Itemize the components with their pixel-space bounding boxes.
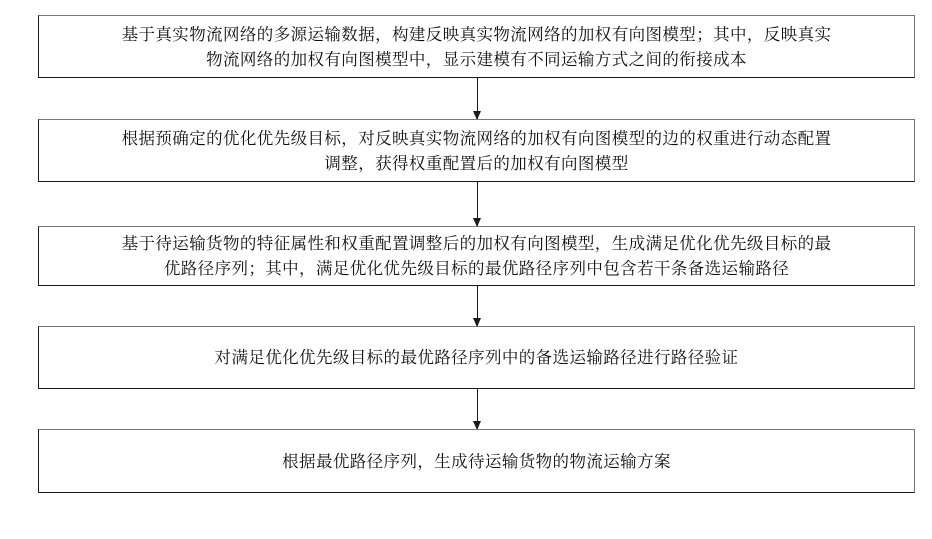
flow-step-3: 基于待运输货物的特征属性和权重配置调整后的加权有向图模型，生成满足优化优先级目标… [38,226,915,286]
arrow-step-1-to-2 [477,78,478,119]
step-1-text: 基于真实物流网络的多源运输数据，构建反映真实物流网络的加权有向图模型；其中，反映… [47,22,907,72]
flow-step-2: 根据预确定的优化优先级目标，对反映真实物流网络的加权有向图模型的边的权重进行动态… [38,119,915,182]
step-3-line-1: 基于待运输货物的特征属性和权重配置调整后的加权有向图模型，生成满足优化优先级目标… [47,231,907,256]
arrow-step-4-to-5 [477,389,478,429]
step-1-line-1: 基于真实物流网络的多源运输数据，构建反映真实物流网络的加权有向图模型；其中，反映… [47,22,907,47]
flow-step-5: 根据最优路径序列，生成待运输货物的物流运输方案 [38,429,915,493]
step-2-text: 根据预确定的优化优先级目标，对反映真实物流网络的加权有向图模型的边的权重进行动态… [47,126,907,176]
flow-step-4: 对满足优化优先级目标的最优路径序列中的备选运输路径进行路径验证 [38,326,915,389]
step-2-line-1: 根据预确定的优化优先级目标，对反映真实物流网络的加权有向图模型的边的权重进行动态… [47,126,907,151]
step-5-text: 根据最优路径序列，生成待运输货物的物流运输方案 [47,449,907,474]
step-3-text: 基于待运输货物的特征属性和权重配置调整后的加权有向图模型，生成满足优化优先级目标… [47,231,907,281]
arrow-step-3-to-4 [477,286,478,326]
step-2-line-2: 调整，获得权重配置后的加权有向图模型 [47,151,907,176]
step-4-line-1: 对满足优化优先级目标的最优路径序列中的备选运输路径进行路径验证 [47,345,907,370]
step-5-line-1: 根据最优路径序列，生成待运输货物的物流运输方案 [47,449,907,474]
step-3-line-2: 优路径序列；其中，满足优化优先级目标的最优路径序列中包含若干条备选运输路径 [47,256,907,281]
step-4-text: 对满足优化优先级目标的最优路径序列中的备选运输路径进行路径验证 [47,345,907,370]
flow-step-1: 基于真实物流网络的多源运输数据，构建反映真实物流网络的加权有向图模型；其中，反映… [38,15,915,78]
step-1-line-2: 物流网络的加权有向图模型中，显示建模有不同运输方式之间的衔接成本 [47,47,907,72]
arrow-step-2-to-3 [477,182,478,226]
